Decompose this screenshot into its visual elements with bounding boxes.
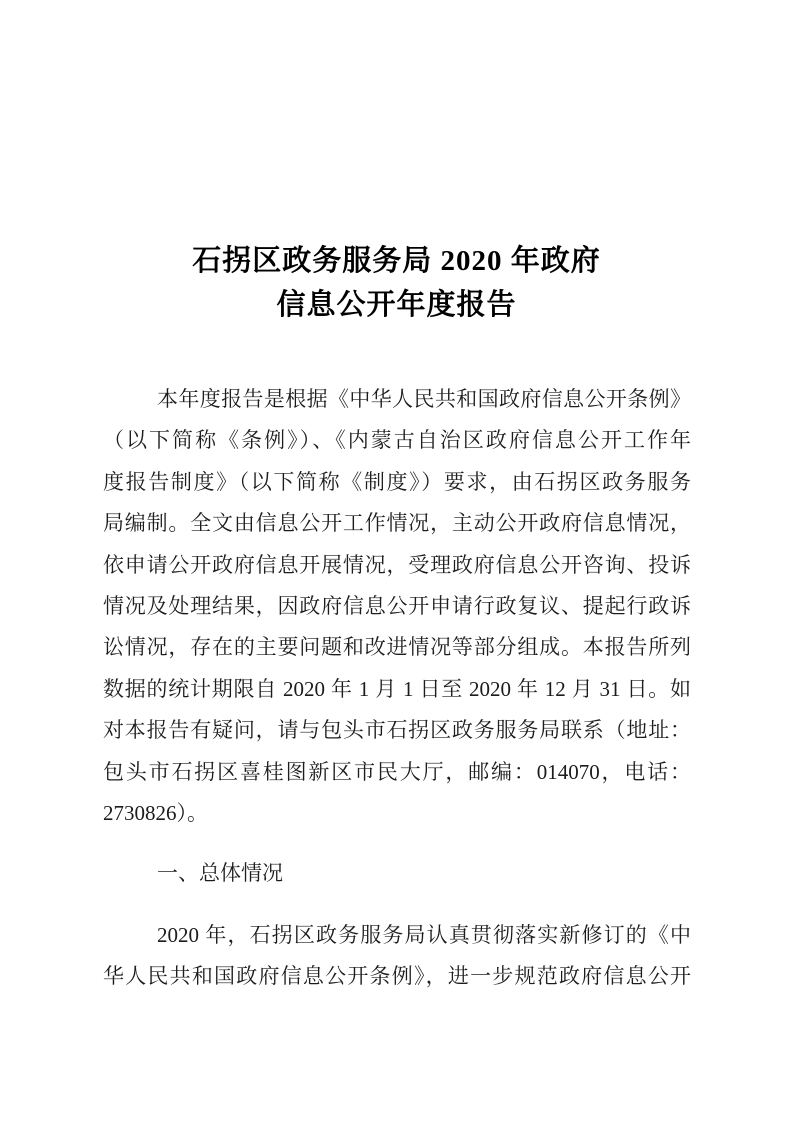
section-heading: 一、总体情况 [103,853,691,894]
text-line: 局编制。全文由信息公开工作情况，主动公开政府信息情况， [103,503,691,544]
text-line: （以下简称《条例》）、《内蒙古自治区政府信息公开工作年 [103,420,691,461]
text-line: 情况及处理结果，因政府信息公开申请行政复议、提起行政诉 [103,586,691,627]
document-title-line-1: 石拐区政务服务局 2020 年政府 [0,239,793,283]
text-line: 数据的统计期限自 2020 年 1 月 1 日至 2020 年 12 月 31 … [103,669,691,710]
text-line: 对本报告有疑问，请与包头市石拐区政务服务局联系（地址： [103,710,691,751]
text-line: 本年度报告是根据《中华人民共和国政府信息公开条例》 [103,379,691,420]
section-heading-block: 一、总体情况 [103,853,691,894]
document-page: 石拐区政务服务局 2020 年政府 信息公开年度报告 本年度报告是根据《中华人民… [0,0,793,1122]
text-line: 包头市石拐区喜桂图新区市民大厅，邮编：014070，电话： [103,752,691,793]
section-paragraph: 2020 年，石拐区政务服务局认真贯彻落实新修订的《中 华人民共和国政府信息公开… [103,915,691,998]
text-line: 度报告制度》（以下简称《制度》）要求，由石拐区政务服务 [103,462,691,503]
text-line: 讼情况，存在的主要问题和改进情况等部分组成。本报告所列 [103,627,691,668]
text-line: 2730826）。 [103,793,691,834]
text-line: 华人民共和国政府信息公开条例》，进一步规范政府信息公开 [103,956,691,997]
document-title: 石拐区政务服务局 2020 年政府 信息公开年度报告 [0,239,793,327]
intro-paragraph: 本年度报告是根据《中华人民共和国政府信息公开条例》 （以下简称《条例》）、《内蒙… [103,379,691,834]
document-title-line-2: 信息公开年度报告 [0,283,793,327]
text-line: 2020 年，石拐区政务服务局认真贯彻落实新修订的《中 [103,915,691,956]
text-line: 依申请公开政府信息开展情况，受理政府信息公开咨询、投诉 [103,545,691,586]
